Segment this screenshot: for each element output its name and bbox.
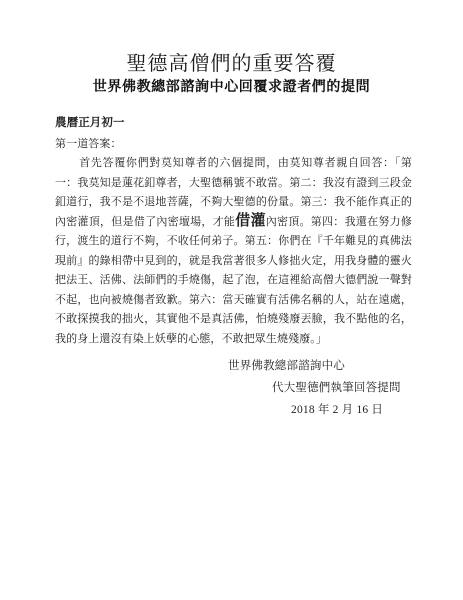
answer-paragraph: 首先答覆你們對莫知尊者的六個提問，由莫知尊者親自回答：「第一：我莫知是蓮花釦尊者… <box>55 154 412 349</box>
answer-text-emphasis: 借灌 <box>235 213 266 229</box>
signature-organization: 世界佛教總部諮詢中心 <box>228 357 345 373</box>
lunar-date-heading: 農曆正月初一 <box>55 114 412 134</box>
document-page: 聖德高僧們的重要答覆 世界佛教總部諮詢中心回覆求證者們的提問 農曆正月初一 第一… <box>0 0 463 600</box>
document-title: 聖德高僧們的重要答覆 <box>0 47 463 76</box>
document-body: 農曆正月初一 第一道答案： 首先答覆你們對莫知尊者的六個提問，由莫知尊者親自回答… <box>55 114 412 349</box>
answer-text-part2: 內密頂。第四：我還在努力修行，渡生的道行不夠，不收任何弟子。第五：你們在『千年難… <box>55 216 412 345</box>
answer-label: 第一道答案： <box>55 135 412 155</box>
signature-date: 2018 年 2 月 16 日 <box>291 401 383 417</box>
signature-role: 代大聖德們執筆回答提問 <box>272 379 401 395</box>
document-subtitle: 世界佛教總部諮詢中心回覆求證者們的提問 <box>0 76 463 96</box>
